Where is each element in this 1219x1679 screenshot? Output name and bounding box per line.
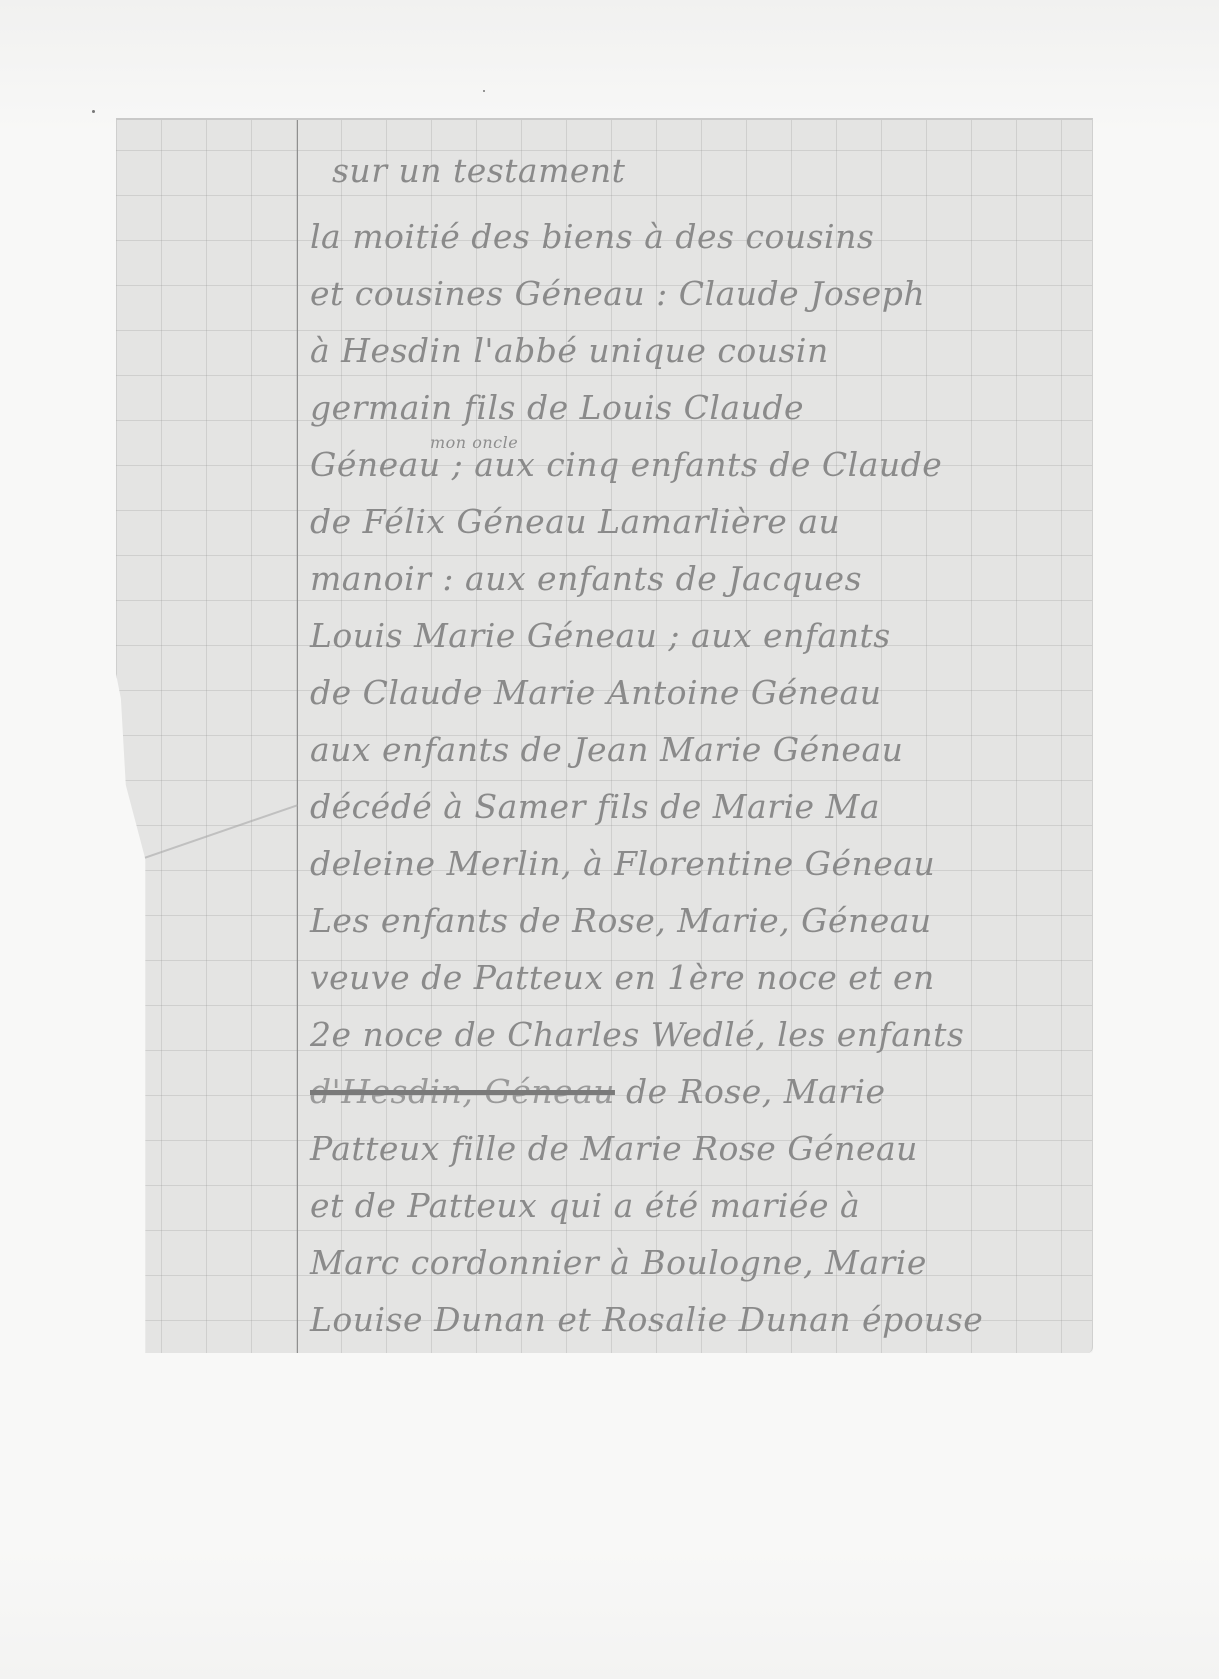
text-line-with-strikeout: d'Hesdin, Géneau de Rose, Marie bbox=[310, 1063, 1090, 1120]
text-line: Louise Dunan et Rosalie Dunan épouse bbox=[310, 1291, 1090, 1348]
text-line: et cousines Géneau : Claude Joseph bbox=[310, 265, 1090, 322]
text-line: Louis Marie Géneau ; aux enfants bbox=[310, 607, 1090, 664]
text-line: de Claude Marie Antoine Géneau bbox=[310, 664, 1090, 721]
interlinear-note: mon oncle bbox=[430, 414, 518, 471]
text-line: Patteux fille de Marie Rose Géneau bbox=[310, 1120, 1090, 1177]
text-line: deleine Merlin, à Florentine Géneau bbox=[310, 835, 1090, 892]
text-line: de Félix Géneau Lamarlière au bbox=[310, 493, 1090, 550]
text-line-content: de Rose, Marie bbox=[626, 1072, 886, 1111]
text-line: veuve de Patteux en 1ère noce et en bbox=[310, 949, 1090, 1006]
text-line: à Hesdin l'abbé unique cousin bbox=[310, 322, 1090, 379]
text-line: et de Patteux qui a été mariée à bbox=[310, 1177, 1090, 1234]
text-line: manoir : aux enfants de Jacques bbox=[310, 550, 1090, 607]
text-line: décédé à Samer fils de Marie Ma bbox=[310, 778, 1090, 835]
text-line: Marc cordonnier à Boulogne, Marie bbox=[310, 1234, 1090, 1291]
dust-speck bbox=[483, 90, 485, 92]
dust-speck bbox=[92, 110, 95, 113]
text-line-content: Géneau ; aux cinq enfants de Claude bbox=[310, 445, 942, 484]
text-line-with-note: mon oncle Géneau ; aux cinq enfants de C… bbox=[310, 436, 1090, 493]
struck-out-text: d'Hesdin, Géneau bbox=[310, 1072, 615, 1111]
text-line: germain fils de Louis Claude bbox=[310, 379, 1090, 436]
text-line: aux enfants de Jean Marie Géneau bbox=[310, 721, 1090, 778]
notebook-page: sur un testament la moitié des biens à d… bbox=[116, 118, 1093, 1353]
text-line: Les enfants de Rose, Marie, Géneau bbox=[310, 892, 1090, 949]
text-line: la moitié des biens à des cousins bbox=[310, 208, 1090, 265]
margin-line bbox=[297, 120, 298, 1353]
text-line: 2e noce de Charles Wedlé, les enfants bbox=[310, 1006, 1090, 1063]
document-title: sur un testament bbox=[310, 142, 1090, 208]
